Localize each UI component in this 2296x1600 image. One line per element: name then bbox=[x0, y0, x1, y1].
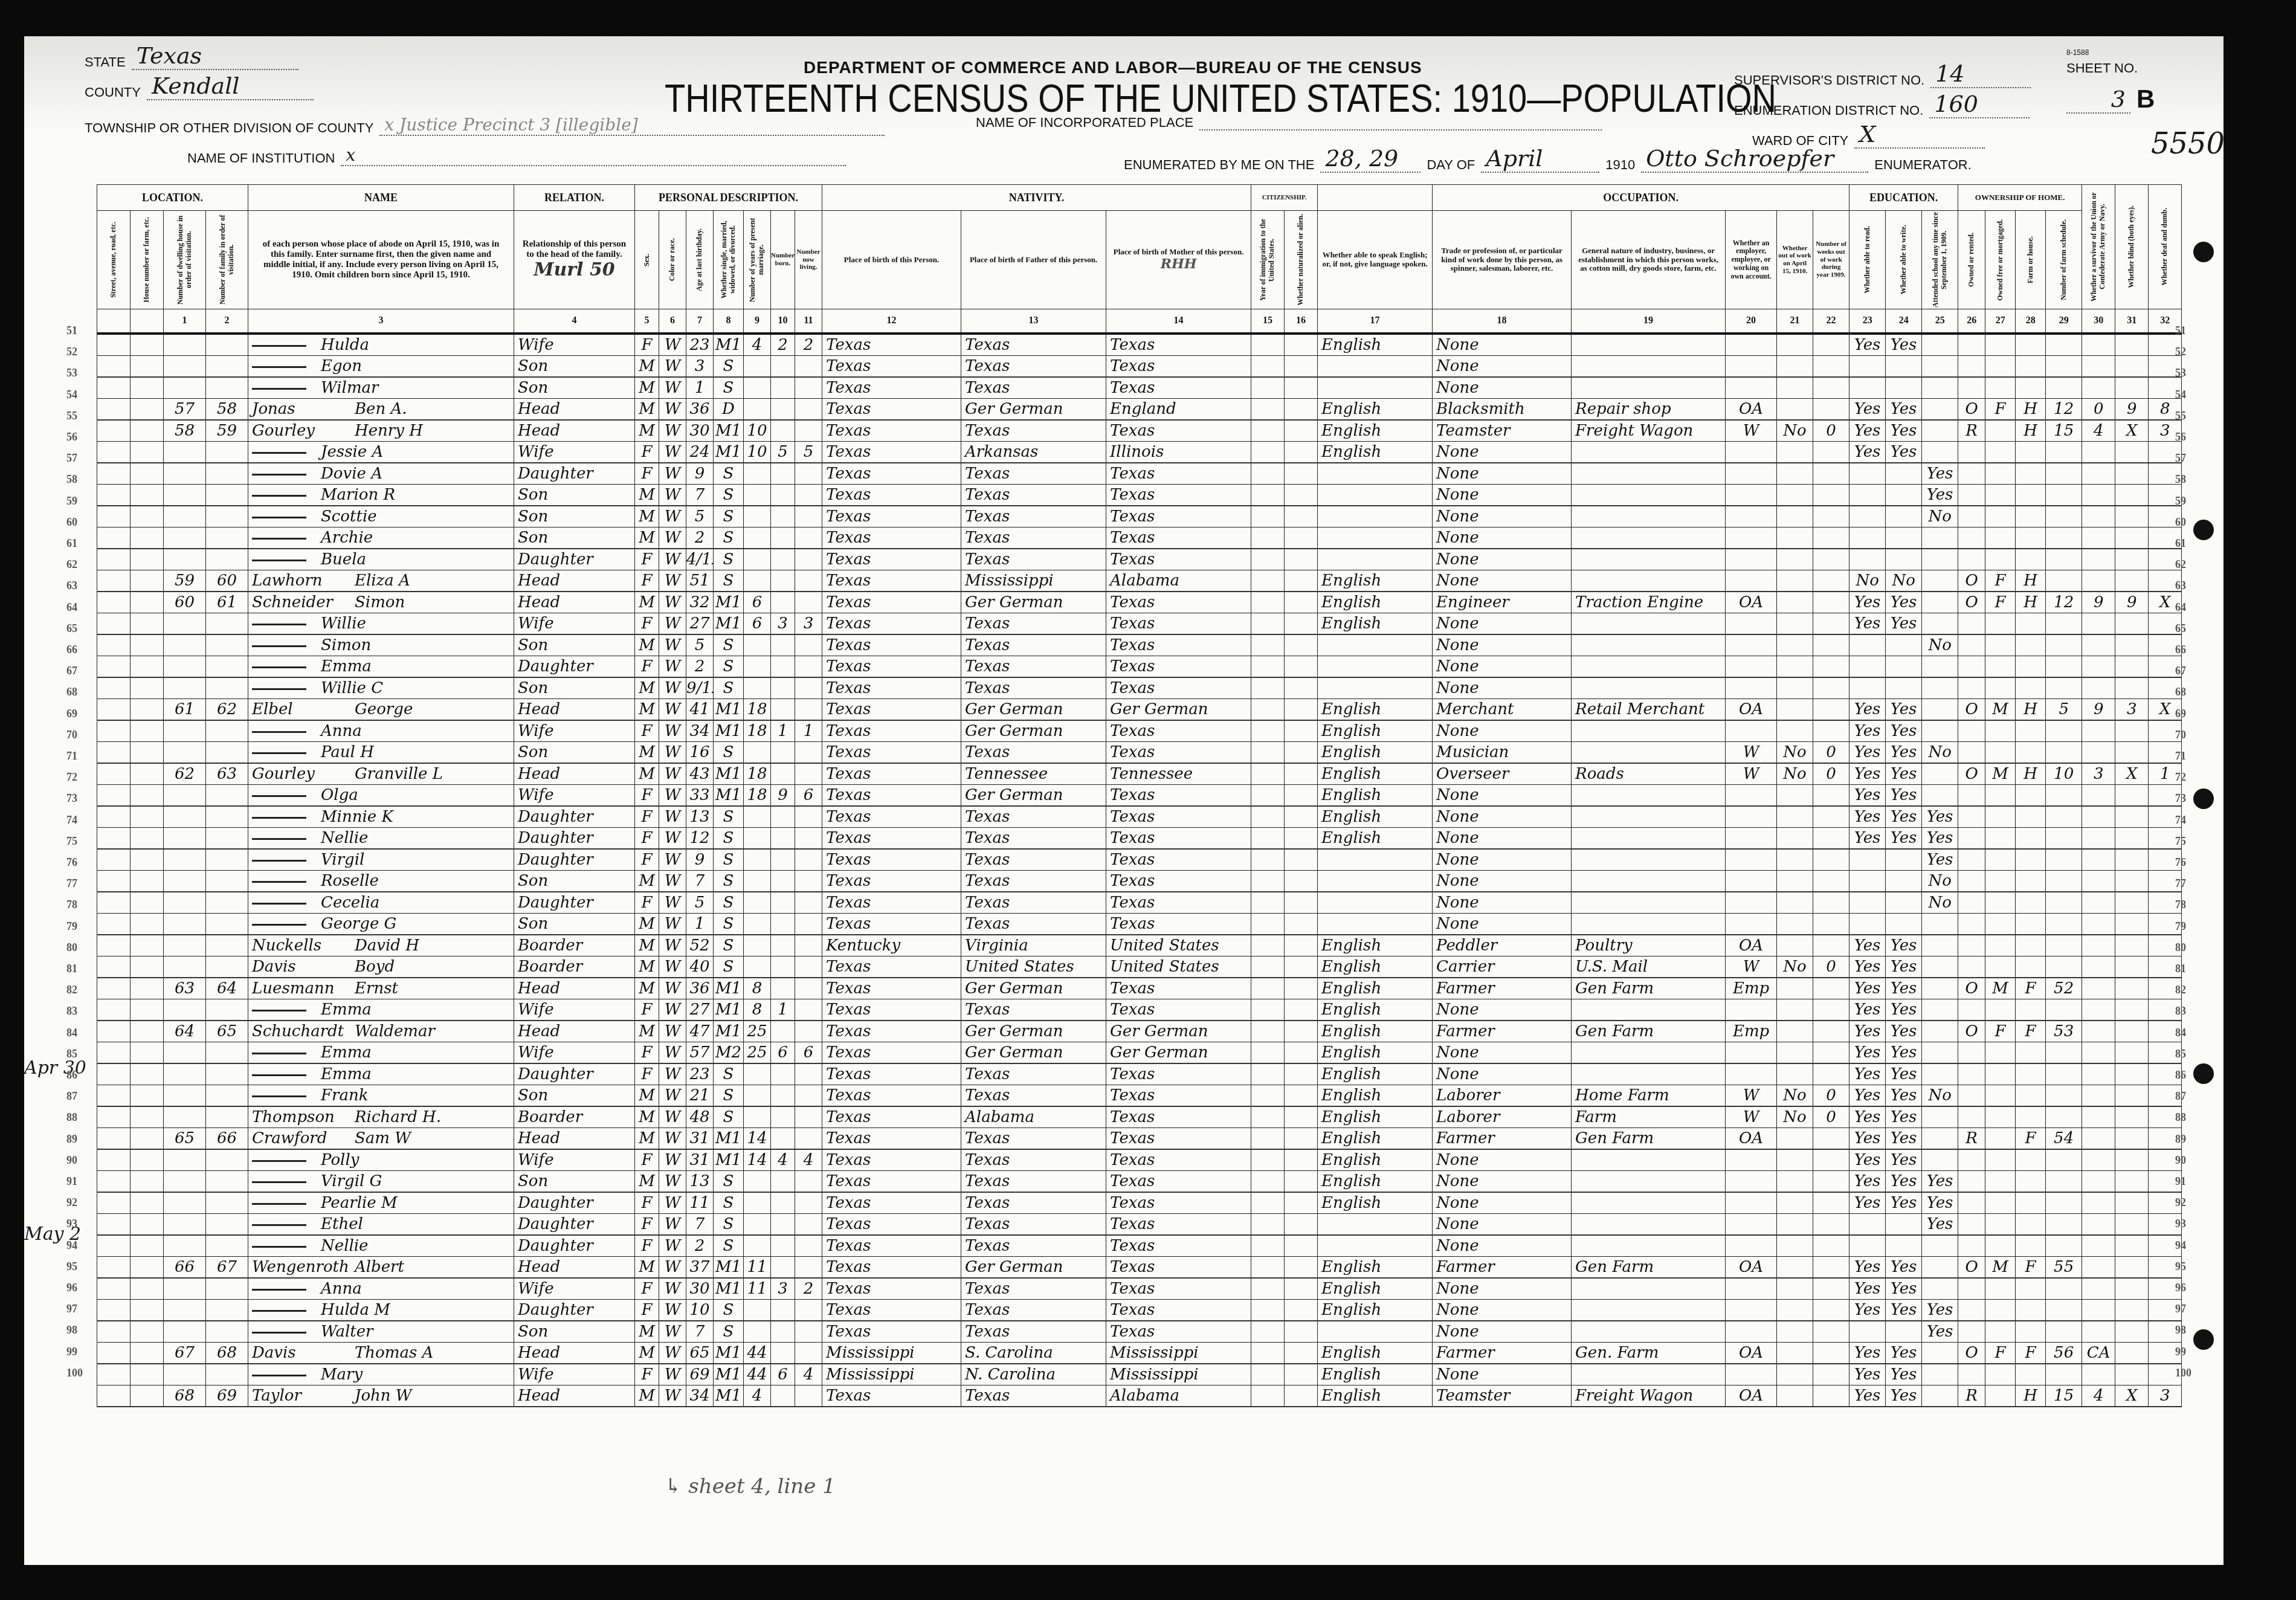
cell-sex: M bbox=[635, 742, 659, 764]
cell-blind bbox=[2115, 356, 2149, 378]
cell-out-of-work bbox=[1777, 1385, 1813, 1407]
cell-trade: None bbox=[1433, 334, 1572, 356]
cell-family bbox=[206, 999, 248, 1021]
cell-employer: W bbox=[1726, 742, 1777, 764]
cell-marital: S bbox=[714, 485, 744, 506]
cell-color: W bbox=[659, 1021, 686, 1042]
cell-schedule bbox=[2046, 1085, 2082, 1107]
cell-living bbox=[795, 871, 822, 892]
table-row: Pearlie MDaughterFW11STexasTexasTexasEng… bbox=[97, 1192, 2182, 1214]
cell-school bbox=[1922, 935, 1958, 956]
given-name: Dovie A bbox=[321, 465, 382, 483]
given-name: Frank bbox=[321, 1086, 368, 1105]
line-number: 61 bbox=[66, 537, 77, 550]
cell-industry bbox=[1572, 849, 1726, 871]
cell-farm-house bbox=[2016, 1149, 2046, 1171]
cell-owned bbox=[1958, 549, 1985, 570]
cell-schedule bbox=[2046, 720, 2082, 742]
cell-father-birth: Texas bbox=[961, 1128, 1106, 1150]
cell-color: W bbox=[659, 570, 686, 592]
cell-mother-birth: Illinois bbox=[1106, 442, 1251, 463]
line-number: 74 bbox=[2175, 814, 2186, 827]
cell-write: Yes bbox=[1886, 420, 1922, 442]
line-number: 91 bbox=[2175, 1175, 2186, 1188]
person-name: Cecelia bbox=[248, 892, 514, 914]
cell-sex: F bbox=[635, 785, 659, 807]
relation-annotation: Murl 50 bbox=[518, 260, 631, 281]
cell-farm-house: F bbox=[2016, 1021, 2046, 1042]
cell-color: W bbox=[659, 677, 686, 699]
ward-field: WARD OF CITY X bbox=[1752, 121, 1985, 149]
cell-farm-house: H bbox=[2016, 592, 2046, 613]
sheet-number: 3 bbox=[2066, 86, 2130, 114]
cell-mortgage bbox=[1985, 442, 2016, 463]
cell-trade: Musician bbox=[1433, 742, 1572, 764]
cell-trade: None bbox=[1433, 677, 1572, 699]
cell-color: W bbox=[659, 377, 686, 399]
cell-schedule bbox=[2046, 549, 2082, 570]
cell-out-of-work bbox=[1777, 892, 1813, 914]
cell-years-married bbox=[744, 1321, 771, 1343]
cell-dwelling: 65 bbox=[164, 1128, 206, 1150]
cell-mother-birth: Texas bbox=[1106, 914, 1251, 935]
cell-school bbox=[1922, 656, 1958, 678]
cell-age: 1 bbox=[686, 914, 714, 935]
cell-write: Yes bbox=[1886, 763, 1922, 785]
cell-school: Yes bbox=[1922, 1300, 1958, 1321]
ditto-mark bbox=[252, 1203, 306, 1205]
cell-sex: M bbox=[635, 399, 659, 421]
ward-value: X bbox=[1854, 121, 1985, 149]
cell-dwelling bbox=[164, 1364, 206, 1385]
line-number: 75 bbox=[66, 835, 77, 848]
cell-blind bbox=[2115, 806, 2149, 828]
cell-trade: None bbox=[1433, 720, 1572, 742]
cell-birth: Texas bbox=[822, 677, 961, 699]
cell-industry: Freight Wagon bbox=[1572, 420, 1726, 442]
cell-marital: S bbox=[714, 656, 744, 678]
cell-father-birth: Arkansas bbox=[961, 442, 1106, 463]
ditto-mark bbox=[252, 795, 306, 797]
line-number: 88 bbox=[2175, 1111, 2186, 1124]
ditto-mark bbox=[252, 560, 306, 561]
header-mortgage: Owned free or mortgaged. bbox=[1996, 219, 2005, 301]
cell-color: W bbox=[659, 1128, 686, 1150]
cell-age: 34 bbox=[686, 1385, 714, 1407]
cell-dwelling bbox=[164, 849, 206, 871]
stamp-number: 5550 bbox=[2151, 127, 2225, 161]
cell-birth: Texas bbox=[822, 634, 961, 656]
cell-schedule bbox=[2046, 785, 2082, 807]
line-number: 73 bbox=[66, 792, 77, 805]
cell-weeks bbox=[1813, 377, 1849, 399]
cell-birth: Texas bbox=[822, 1106, 961, 1128]
cell-years-married: 18 bbox=[744, 699, 771, 721]
cell-blind bbox=[2115, 506, 2149, 527]
line-number: 94 bbox=[66, 1239, 77, 1252]
cell-father-birth: Texas bbox=[961, 1385, 1106, 1407]
cell-living bbox=[795, 677, 822, 699]
table-row: AnnaWifeFW34M11811TexasGer GermanTexasEn… bbox=[97, 720, 2182, 742]
cell-living: 5 bbox=[795, 442, 822, 463]
cell-born bbox=[771, 463, 795, 485]
cell-mother-birth: Texas bbox=[1106, 356, 1251, 378]
cell-write: Yes bbox=[1886, 999, 1922, 1021]
cell-family bbox=[206, 956, 248, 978]
cell-color: W bbox=[659, 1300, 686, 1321]
cell-read bbox=[1849, 485, 1886, 506]
cell-employer bbox=[1726, 613, 1777, 635]
cell-color: W bbox=[659, 506, 686, 527]
cell-mother-birth: Texas bbox=[1106, 806, 1251, 828]
person-name: GourleyGranville L bbox=[248, 763, 514, 785]
cell-sex: F bbox=[635, 442, 659, 463]
cell-dwelling bbox=[164, 1106, 206, 1128]
cell-veteran bbox=[2082, 720, 2115, 742]
cell-blind bbox=[2115, 914, 2149, 935]
cell-dwelling bbox=[164, 956, 206, 978]
cell-birth: Texas bbox=[822, 592, 961, 613]
given-name: Jessie A bbox=[321, 443, 383, 461]
cell-mortgage: F bbox=[1985, 399, 2016, 421]
cell-veteran bbox=[2082, 1042, 2115, 1064]
cell-family bbox=[206, 1278, 248, 1300]
cell-marital: S bbox=[714, 828, 744, 850]
cell-sex: F bbox=[635, 1149, 659, 1171]
cell-mortgage bbox=[1985, 1171, 2016, 1193]
cell-owned bbox=[1958, 377, 1985, 399]
cell-living bbox=[795, 506, 822, 527]
line-number: 82 bbox=[66, 984, 77, 996]
cell-farm-house: H bbox=[2016, 1385, 2046, 1407]
cell-dwelling bbox=[164, 871, 206, 892]
cell-schedule bbox=[2046, 1364, 2082, 1385]
cell-relation: Daughter bbox=[514, 1235, 635, 1257]
cell-farm-house bbox=[2016, 485, 2046, 506]
cell-write bbox=[1886, 506, 1922, 527]
cell-read: Yes bbox=[1849, 999, 1886, 1021]
cell-weeks bbox=[1813, 720, 1849, 742]
cell-father-birth: Ger German bbox=[961, 592, 1106, 613]
cell-schedule bbox=[2046, 1235, 2082, 1257]
cell-mother-birth: Texas bbox=[1106, 463, 1251, 485]
line-number: 65 bbox=[2175, 622, 2186, 635]
cell-mortgage bbox=[1985, 634, 2016, 656]
cell-language: English bbox=[1318, 806, 1433, 828]
cell-trade: Laborer bbox=[1433, 1085, 1572, 1107]
group-name: NAME bbox=[248, 185, 514, 211]
given-name: Willie C bbox=[321, 679, 383, 697]
cell-years-married bbox=[744, 742, 771, 764]
cell-dwelling: 63 bbox=[164, 978, 206, 999]
cell-write: Yes bbox=[1886, 334, 1922, 356]
sheet-number-label: SHEET NO. bbox=[2066, 60, 2138, 76]
ditto-mark bbox=[252, 517, 306, 518]
cell-schedule bbox=[2046, 356, 2082, 378]
surname: Thompson bbox=[252, 1108, 355, 1126]
cell-born bbox=[771, 935, 795, 956]
cell-language bbox=[1318, 871, 1433, 892]
cell-dwelling bbox=[164, 1085, 206, 1107]
header-write: Whether able to write. bbox=[1900, 225, 1908, 294]
line-number: 60 bbox=[2175, 516, 2186, 529]
table-row: Jessie AWifeFW24M11055TexasArkansasIllin… bbox=[97, 442, 2182, 463]
cell-veteran bbox=[2082, 1321, 2115, 1343]
cell-language: English bbox=[1318, 1042, 1433, 1064]
cell-write: Yes bbox=[1886, 806, 1922, 828]
cell-owned bbox=[1958, 1364, 1985, 1385]
cell-schedule bbox=[2046, 849, 2082, 871]
cell-mortgage bbox=[1985, 613, 2016, 635]
cell-mother-birth: Texas bbox=[1106, 334, 1251, 356]
given-name: Ernst bbox=[355, 979, 398, 998]
cell-trade: None bbox=[1433, 1235, 1572, 1257]
cell-weeks bbox=[1813, 828, 1849, 850]
cell-dwelling bbox=[164, 613, 206, 635]
cell-family bbox=[206, 742, 248, 764]
cell-relation: Wife bbox=[514, 1364, 635, 1385]
cell-father-birth: Texas bbox=[961, 1278, 1106, 1300]
cell-school bbox=[1922, 420, 1958, 442]
cell-living bbox=[795, 914, 822, 935]
line-number: 85 bbox=[66, 1048, 77, 1060]
cell-write: Yes bbox=[1886, 1042, 1922, 1064]
cell-schedule bbox=[2046, 914, 2082, 935]
cell-language bbox=[1318, 549, 1433, 570]
person-name: CrawfordSam W bbox=[248, 1128, 514, 1150]
cell-employer bbox=[1726, 828, 1777, 850]
cell-family bbox=[206, 1321, 248, 1343]
cell-living: 2 bbox=[795, 334, 822, 356]
cell-out-of-work bbox=[1777, 1235, 1813, 1257]
cell-father-birth: Texas bbox=[961, 1171, 1106, 1193]
cell-color: W bbox=[659, 1042, 686, 1064]
cell-relation: Daughter bbox=[514, 656, 635, 678]
cell-out-of-work: No bbox=[1777, 1106, 1813, 1128]
person-name: LawhornEliza A bbox=[248, 570, 514, 592]
cell-years-married: 6 bbox=[744, 592, 771, 613]
table-row: HuldaWifeFW23M1422TexasTexasTexasEnglish… bbox=[97, 334, 2182, 356]
cell-school bbox=[1922, 677, 1958, 699]
cell-weeks bbox=[1813, 1149, 1849, 1171]
cell-write: Yes bbox=[1886, 785, 1922, 807]
person-name: Nellie bbox=[248, 1235, 514, 1257]
cell-write: Yes bbox=[1886, 613, 1922, 635]
cell-owned bbox=[1958, 1063, 1985, 1085]
cell-years-married: 6 bbox=[744, 613, 771, 635]
line-number: 98 bbox=[2175, 1324, 2186, 1337]
given-name: Sam W bbox=[355, 1129, 411, 1147]
given-name: Nellie bbox=[321, 829, 368, 847]
institution-field: NAME OF INSTITUTION x bbox=[187, 145, 846, 166]
cell-farm-house bbox=[2016, 892, 2046, 914]
person-name: Emma bbox=[248, 1063, 514, 1085]
table-row: 6667WengenrothAlbertHeadMW37M111TexasGer… bbox=[97, 1257, 2182, 1279]
line-number: 83 bbox=[66, 1005, 77, 1018]
cell-industry bbox=[1572, 463, 1726, 485]
cell-blind bbox=[2115, 1192, 2149, 1214]
cell-years-married bbox=[744, 1214, 771, 1236]
cell-birth: Texas bbox=[822, 485, 961, 506]
cell-trade: None bbox=[1433, 999, 1572, 1021]
cell-farm-house bbox=[2016, 1171, 2046, 1193]
cell-owned: O bbox=[1958, 399, 1985, 421]
cell-veteran bbox=[2082, 1278, 2115, 1300]
line-number: 72 bbox=[66, 771, 77, 784]
cell-relation: Wife bbox=[514, 1278, 635, 1300]
cell-schedule bbox=[2046, 1106, 2082, 1128]
cell-language: English bbox=[1318, 1343, 1433, 1364]
cell-employer: Emp bbox=[1726, 978, 1777, 999]
line-number: 99 bbox=[2175, 1346, 2186, 1358]
cell-mother-birth: Texas bbox=[1106, 785, 1251, 807]
county-field: COUNTY Kendall bbox=[85, 73, 314, 100]
cell-employer bbox=[1726, 549, 1777, 570]
cell-years-married bbox=[744, 527, 771, 549]
cell-living: 6 bbox=[795, 1042, 822, 1064]
cell-mortgage bbox=[1985, 1235, 2016, 1257]
cell-years-married bbox=[744, 1106, 771, 1128]
cell-marital: S bbox=[714, 677, 744, 699]
person-name: JonasBen A. bbox=[248, 399, 514, 421]
line-number: 52 bbox=[2175, 346, 2186, 358]
cell-owned bbox=[1958, 1149, 1985, 1171]
cell-birth: Texas bbox=[822, 1300, 961, 1321]
cell-sex: M bbox=[635, 1343, 659, 1364]
cell-born bbox=[771, 892, 795, 914]
ditto-mark bbox=[252, 345, 306, 347]
cell-weeks bbox=[1813, 1063, 1849, 1085]
cell-age: 57 bbox=[686, 1042, 714, 1064]
cell-employer bbox=[1726, 999, 1777, 1021]
cell-weeks bbox=[1813, 527, 1849, 549]
cell-mother-birth: Texas bbox=[1106, 871, 1251, 892]
cell-blind bbox=[2115, 1364, 2149, 1385]
person-name: Willie C bbox=[248, 677, 514, 699]
cell-blind: X bbox=[2115, 420, 2149, 442]
cell-school: No bbox=[1922, 506, 1958, 527]
cell-age: 34 bbox=[686, 720, 714, 742]
cell-language: English bbox=[1318, 699, 1433, 721]
cell-age: 5 bbox=[686, 634, 714, 656]
line-number: 70 bbox=[66, 729, 77, 741]
line-number: 91 bbox=[66, 1175, 77, 1188]
cell-relation: Head bbox=[514, 1385, 635, 1407]
cell-read bbox=[1849, 377, 1886, 399]
cell-years-married: 44 bbox=[744, 1364, 771, 1385]
cell-read bbox=[1849, 549, 1886, 570]
cell-owned bbox=[1958, 1278, 1985, 1300]
cell-industry bbox=[1572, 356, 1726, 378]
cell-read: Yes bbox=[1849, 420, 1886, 442]
cell-read: Yes bbox=[1849, 978, 1886, 999]
cell-born: 9 bbox=[771, 785, 795, 807]
cell-born bbox=[771, 570, 795, 592]
cell-birth: Texas bbox=[822, 1257, 961, 1279]
census-table: LOCATION. NAME RELATION. PERSONAL DESCRI… bbox=[97, 184, 2182, 1407]
header-trade: Trade or profession of, or particular ki… bbox=[1433, 211, 1572, 309]
cell-farm-house bbox=[2016, 677, 2046, 699]
table-row: EgonSonMW3STexasTexasTexasNone bbox=[97, 356, 2182, 378]
cell-color: W bbox=[659, 1106, 686, 1128]
ditto-mark bbox=[252, 538, 306, 540]
cell-owned: O bbox=[1958, 699, 1985, 721]
cell-owned bbox=[1958, 806, 1985, 828]
header-years-married: Number of years of present marriage. bbox=[749, 211, 766, 309]
cell-read bbox=[1849, 527, 1886, 549]
cell-born bbox=[771, 1192, 795, 1214]
cell-born bbox=[771, 634, 795, 656]
header-farm-schedule: Number of farm schedule. bbox=[2060, 219, 2068, 300]
cell-veteran bbox=[2082, 1106, 2115, 1128]
cell-owned: O bbox=[1958, 592, 1985, 613]
cell-living bbox=[795, 656, 822, 678]
person-name: NuckellsDavid H bbox=[248, 935, 514, 956]
cell-weeks: 0 bbox=[1813, 956, 1849, 978]
cell-weeks: 0 bbox=[1813, 742, 1849, 764]
header-out-of-work: Whether out of work on April 15, 1910. bbox=[1777, 211, 1813, 309]
ditto-mark bbox=[252, 860, 306, 862]
line-number: 81 bbox=[2175, 963, 2186, 975]
cell-marital: M1 bbox=[714, 1149, 744, 1171]
cell-out-of-work: No bbox=[1777, 956, 1813, 978]
cell-years-married: 44 bbox=[744, 1343, 771, 1364]
cell-father-birth: United States bbox=[961, 956, 1106, 978]
cell-birth: Texas bbox=[822, 463, 961, 485]
cell-read: Yes bbox=[1849, 1021, 1886, 1042]
cell-mortgage bbox=[1985, 420, 2016, 442]
cell-schedule bbox=[2046, 1192, 2082, 1214]
cell-family: 69 bbox=[206, 1385, 248, 1407]
surname: Davis bbox=[252, 958, 355, 976]
cell-age: 69 bbox=[686, 1364, 714, 1385]
cell-industry: U.S. Mail bbox=[1572, 956, 1726, 978]
table-row: 6364LuesmannErnstHeadMW36M18TexasGer Ger… bbox=[97, 978, 2182, 999]
header-weeks-out: Number of weeks out of work during year … bbox=[1813, 211, 1849, 309]
ditto-mark bbox=[252, 1160, 306, 1162]
cell-school bbox=[1922, 334, 1958, 356]
header-school: Attended school any time since September… bbox=[1932, 211, 1949, 309]
cell-trade: None bbox=[1433, 1300, 1572, 1321]
given-name: Boyd bbox=[355, 958, 395, 976]
cell-birth: Kentucky bbox=[822, 935, 961, 956]
cell-father-birth: Texas bbox=[961, 485, 1106, 506]
line-number: 97 bbox=[2175, 1303, 2186, 1315]
cell-marital: S bbox=[714, 1192, 744, 1214]
cell-read bbox=[1849, 1214, 1886, 1236]
cell-color: W bbox=[659, 978, 686, 999]
cell-marital: S bbox=[714, 892, 744, 914]
cell-industry: Poultry bbox=[1572, 935, 1726, 956]
cell-weeks bbox=[1813, 892, 1849, 914]
cell-marital: M1 bbox=[714, 1128, 744, 1150]
cell-sex: F bbox=[635, 1235, 659, 1257]
cell-veteran bbox=[2082, 914, 2115, 935]
cell-mother-birth: Ger German bbox=[1106, 1042, 1251, 1064]
cell-language: English bbox=[1318, 956, 1433, 978]
header-sex: Sex. bbox=[643, 254, 651, 266]
cell-father-birth: Texas bbox=[961, 463, 1106, 485]
cell-family: 61 bbox=[206, 592, 248, 613]
cell-out-of-work bbox=[1777, 935, 1813, 956]
line-number: 96 bbox=[66, 1282, 77, 1294]
person-name: Egon bbox=[248, 356, 514, 378]
cell-marital: M1 bbox=[714, 763, 744, 785]
ditto-mark bbox=[252, 666, 306, 668]
cell-weeks bbox=[1813, 871, 1849, 892]
line-number: 84 bbox=[66, 1027, 77, 1039]
cell-read bbox=[1849, 849, 1886, 871]
